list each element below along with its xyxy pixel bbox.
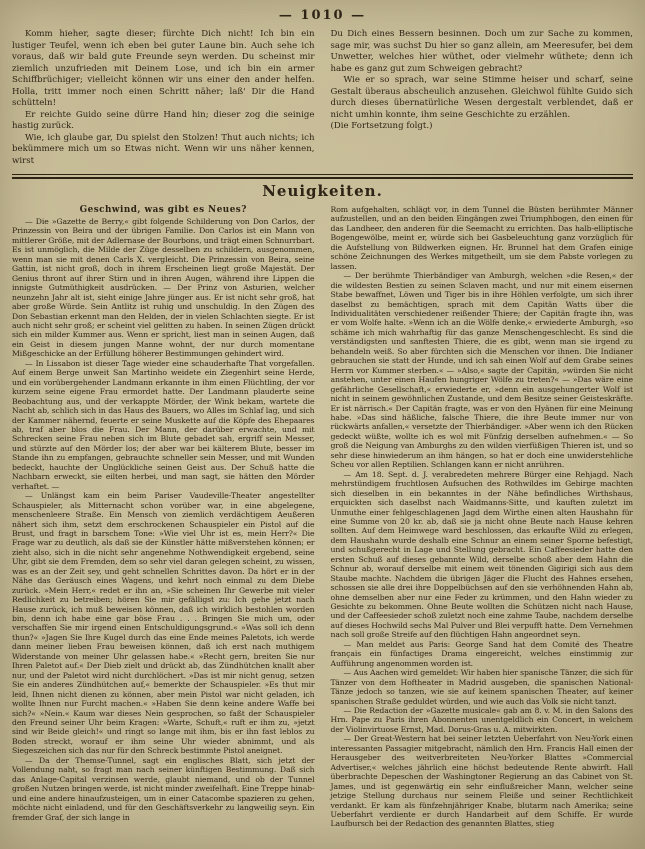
news-item: — Die »Gazette de Berry,« gibt folgende … — [12, 217, 315, 359]
news-right-column: Rom aufgehalten, schlägt vor, in dem Tun… — [331, 205, 634, 829]
feuilleton-paragraph: Du Dich eines Bessern besinnen. Doch um … — [331, 29, 634, 75]
news-item: — Man meldet aus Paris: George Sand hat … — [331, 640, 634, 668]
news-item-continuation: Rom aufgehalten, schlägt vor, in dem Tun… — [331, 205, 634, 271]
news-heading: Geschwind, was gibt es Neues? — [12, 205, 315, 215]
newspaper-page: — 1010 — Komm hieher, sagte dieser; fürc… — [0, 0, 645, 849]
news-item: — Da der Themse-Tunnel, sagt ein englisc… — [12, 756, 315, 822]
page-number: — 1010 — — [12, 8, 633, 23]
feuilleton-left-column: Komm hieher, sagte dieser; fürchte Dich … — [12, 29, 315, 167]
news-item: — Der Great-Western hat bei seiner letzt… — [331, 734, 634, 829]
feuilleton-right-column: Du Dich eines Bessern besinnen. Doch um … — [331, 29, 634, 167]
news-left-column: Geschwind, was gibt es Neues? — Die »Gaz… — [12, 205, 315, 829]
feuilleton-paragraph: Wie er so sprach, war seine Stimme heise… — [331, 75, 634, 121]
feuilleton-paragraph: Komm hieher, sagte dieser; fürchte Dich … — [12, 29, 315, 110]
section-divider-rule — [12, 174, 633, 179]
feuilleton-paragraph: Wie, ich glaube gar, Du spielst den Stol… — [12, 133, 315, 168]
news-item: — Am 18. Sept. d. J. verabredeten mehrer… — [331, 470, 634, 640]
news-section: Geschwind, was gibt es Neues? — Die »Gaz… — [12, 205, 633, 829]
news-item: — Die Redaction der »Gazette musicale« g… — [331, 706, 634, 734]
news-item: — In Lissabon ist dieser Tage wieder ein… — [12, 359, 315, 491]
continuation-note: (Die Fortsetzung folgt.) — [331, 121, 634, 133]
feuilleton-paragraph: Er reichte Guido seine dürre Hand hin; d… — [12, 110, 315, 133]
news-item: — Der berühmte Thierbändiger van Amburgh… — [331, 271, 634, 470]
section-title: Neuigkeiten. — [12, 182, 633, 200]
feuilleton-section: Komm hieher, sagte dieser; fürchte Dich … — [12, 29, 633, 167]
news-item: — Aus Aachen wird gemeldet: Wir haben hi… — [331, 668, 634, 706]
news-item: — Unlängst kam ein beim Pariser Vaudevil… — [12, 491, 315, 756]
